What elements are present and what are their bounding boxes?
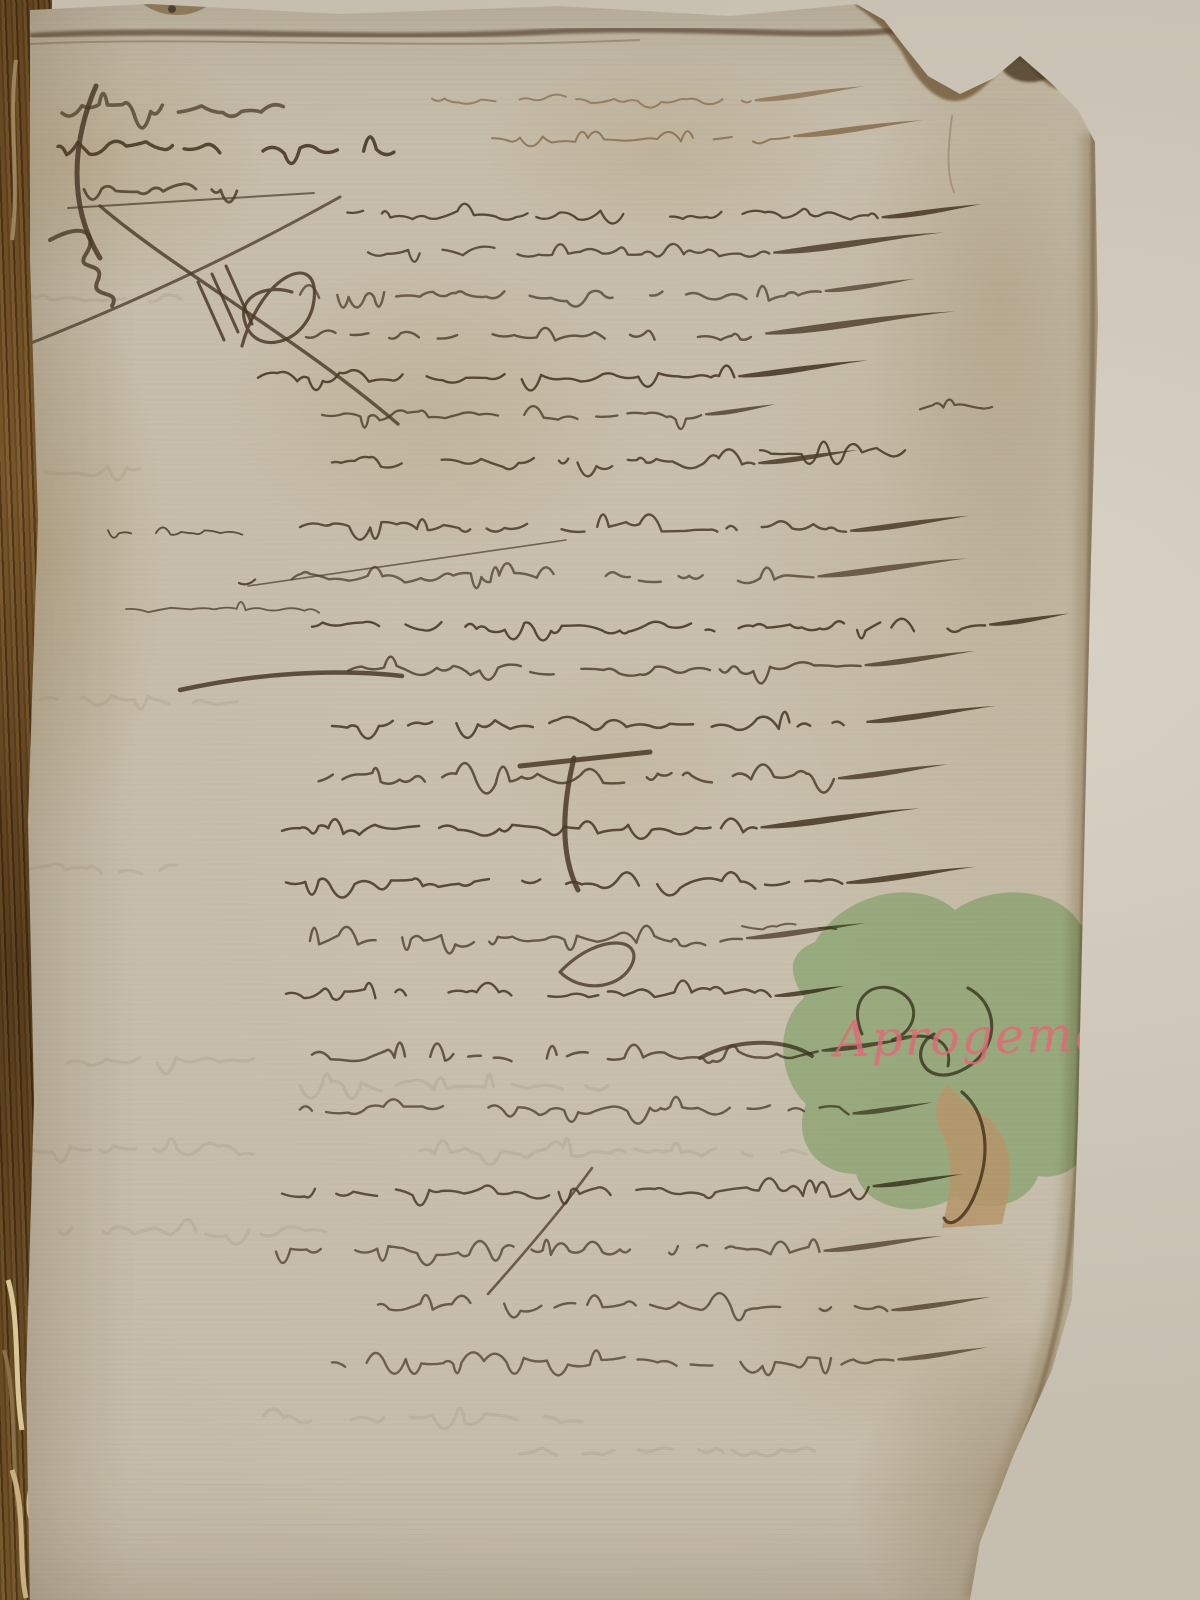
manuscript-photo: 67 Aprogemere [0,0,1200,1600]
bleedthrough-ghost-text [10,295,838,1456]
handwriting-ink [0,0,1200,1600]
manuscript-page: 67 Aprogemere [0,0,1200,1600]
